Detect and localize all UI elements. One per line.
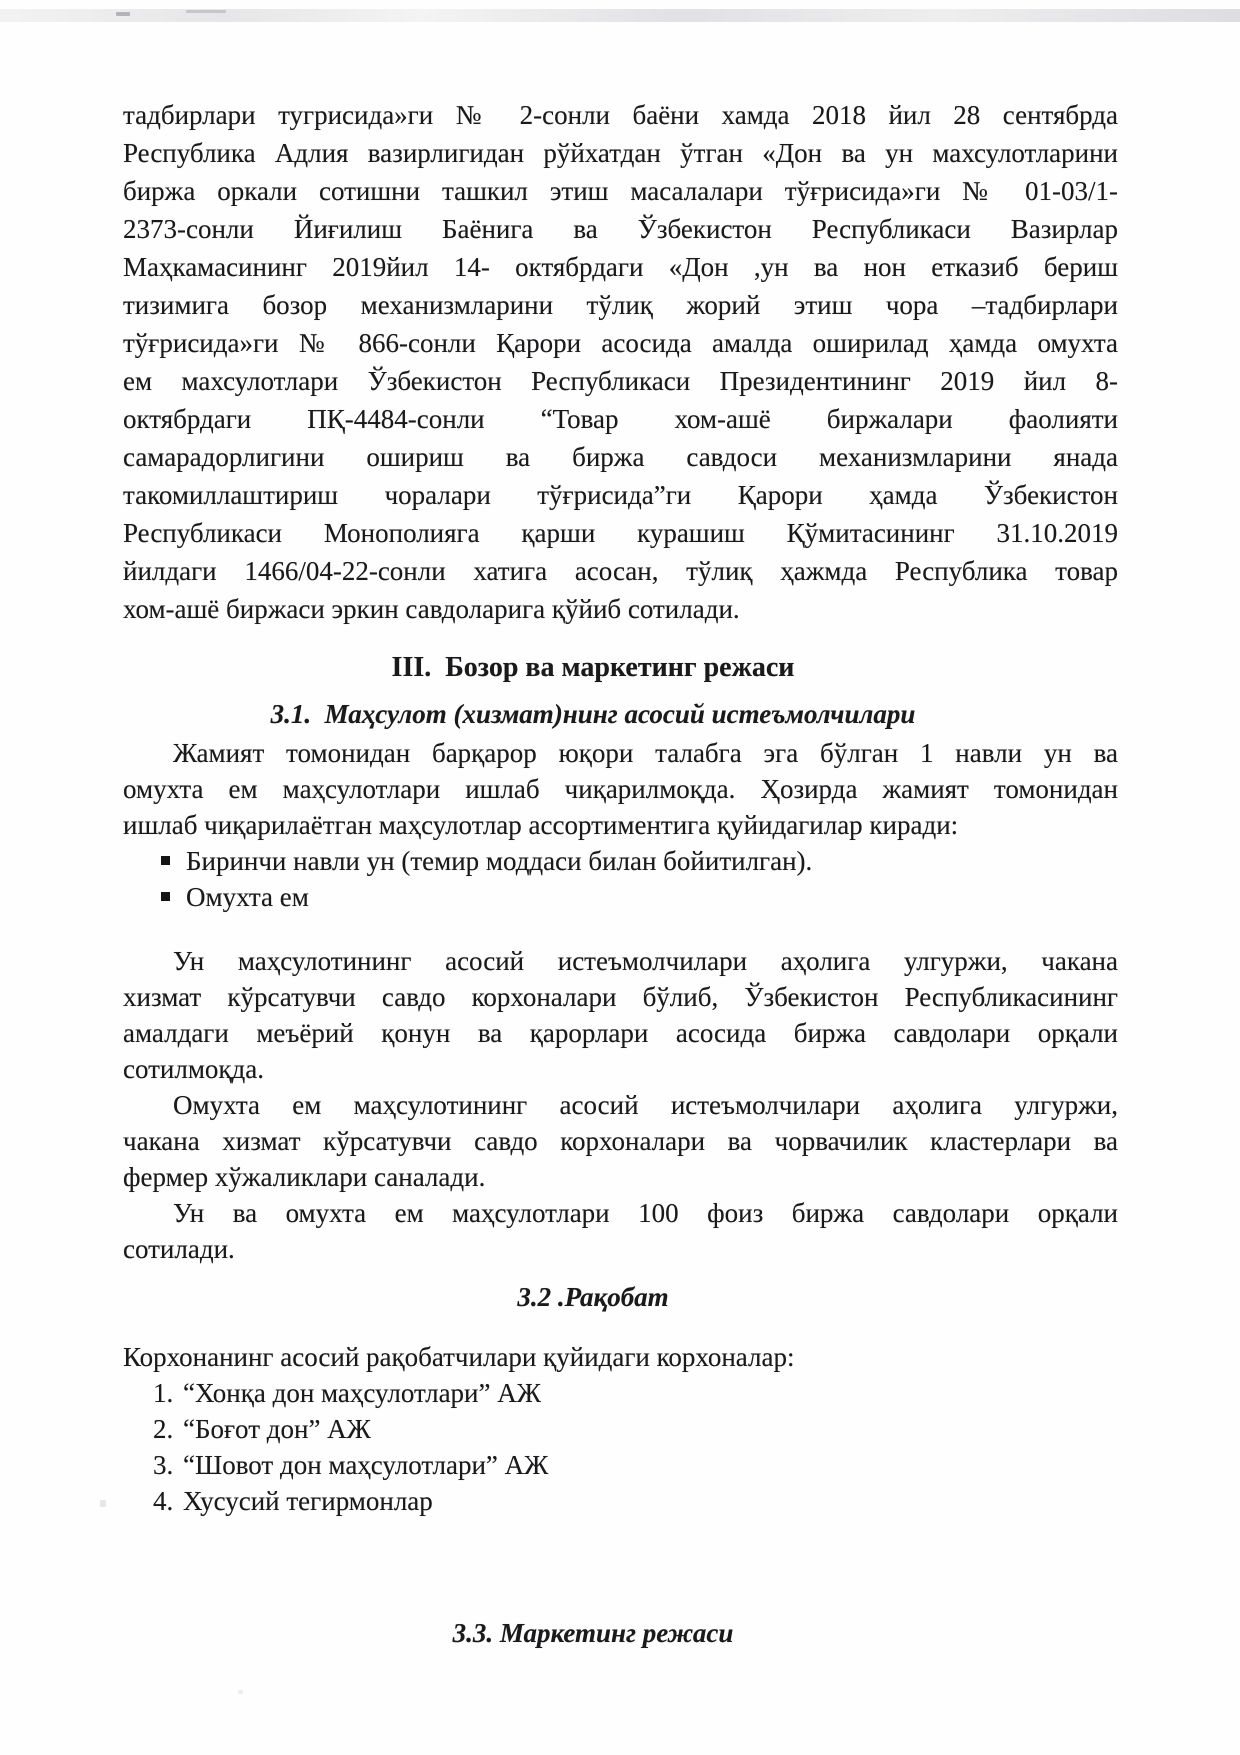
product-list: Биринчи навли ун (темир моддаси билан бо…	[123, 843, 1118, 915]
text-line: октябрдаги ПҚ-4484-сонли “Товар хом-ашё …	[123, 400, 1118, 438]
feed-consumers-paragraph: Омухта ем маҳсулотининг асосий истеъмолч…	[123, 1087, 1118, 1195]
flour-consumers-paragraph: Ун маҳсулотининг асосий истеъмолчилари а…	[123, 943, 1118, 1087]
list-item-number: 3.	[153, 1447, 173, 1483]
text-line: Жамият томонидан барқарор юқори талабга …	[123, 735, 1118, 771]
text-line: хизмат кўрсатувчи савдо корхоналари бўли…	[123, 979, 1118, 1015]
text-line: тадбирлари тугрисида»ги № 2-сонли баёни …	[123, 96, 1118, 134]
sales-channel-paragraph: Ун ва омухта ем маҳсулотлари 100 фоиз би…	[123, 1195, 1118, 1267]
list-item-number: 1.	[153, 1375, 173, 1411]
text-line: Омухта ем маҳсулотининг асосий истеъмолч…	[123, 1087, 1118, 1123]
text-line: такомиллаштириш чоралари тўғрисида”ги Қа…	[123, 476, 1118, 514]
text-line: ем махсулотлари Ўзбекистон Республикаси …	[123, 362, 1118, 400]
text-line: Республика Адлия вазирлигидан рўйхатдан …	[123, 134, 1118, 172]
scan-speck	[116, 12, 130, 16]
text-line: сотилмоқда.	[123, 1051, 1118, 1087]
intro-paragraph: тадбирлари тугрисида»ги № 2-сонли баёни …	[123, 96, 1118, 628]
text-line: Маҳкамасининг 2019йил 14- октябрдаги «До…	[123, 248, 1118, 286]
square-bullet-icon	[161, 892, 170, 901]
consumers-paragraph: Жамият томонидан барқарор юқори талабга …	[123, 735, 1118, 843]
competitor-name: Хусусий тегирмонлар	[183, 1486, 433, 1516]
document-body: тадбирлари тугрисида»ги № 2-сонли баёни …	[123, 96, 1118, 1651]
text-line: фермер хўжаликлари саналади.	[123, 1159, 1118, 1195]
text-line: Ун ва омухта ем маҳсулотлари 100 фоиз би…	[123, 1195, 1118, 1231]
list-item-text: Омухта ем	[186, 882, 309, 912]
list-item-text: Биринчи навли ун (темир моддаси билан бо…	[186, 846, 812, 876]
text-line: 2373-сонли Йиғилиш Баёнига ва Ўзбекистон…	[123, 210, 1118, 248]
text-line: Республикаси Монополияга қарши курашиш Қ…	[123, 514, 1118, 552]
section-3-2-heading: 3.2 .Рақобат	[123, 1279, 1063, 1315]
list-item: Биринчи навли ун (темир моддаси билан бо…	[123, 843, 1118, 879]
text-line: сотилади.	[123, 1231, 1118, 1267]
list-item: 1. “Хонқа дон маҳсулотлари” АЖ	[123, 1375, 1118, 1411]
text-line: биржа оркали сотишни ташкил этиш масалал…	[123, 172, 1118, 210]
scan-speck	[100, 1500, 106, 1507]
scan-speck	[186, 10, 226, 13]
text-line: йилдаги 1466/04-22-сонли хатига асосан, …	[123, 552, 1118, 590]
text-line: чакана хизмат кўрсатувчи савдо корхонала…	[123, 1123, 1118, 1159]
text-line: хом-ашё биржаси эркин савдоларига қўйиб …	[123, 590, 1118, 628]
competitor-list: 1. “Хонқа дон маҳсулотлари” АЖ 2. “Боғот…	[123, 1375, 1118, 1519]
competitor-name: “Хонқа дон маҳсулотлари” АЖ	[183, 1378, 541, 1408]
list-item: 3. “Шовот дон маҳсулотлари” АЖ	[123, 1447, 1118, 1483]
list-item-number: 2.	[153, 1411, 173, 1447]
text-line: амалдаги меъёрий қонун ва қарорлари асос…	[123, 1015, 1118, 1051]
text-line: тизимига бозор механизмларини тўлиқ жори…	[123, 286, 1118, 324]
list-item: 4. Хусусий тегирмонлар	[123, 1483, 1118, 1519]
list-item: Омухта ем	[123, 879, 1118, 915]
scan-speck	[238, 1690, 243, 1694]
text-line: тўғрисида»ги № 866-сонли Қарори асосида …	[123, 324, 1118, 362]
square-bullet-icon	[161, 856, 170, 865]
competitor-name: “Шовот дон маҳсулотлари” АЖ	[183, 1450, 548, 1480]
section-3-1-heading: 3.1. Маҳсулот (хизмат)нинг асосий истеъм…	[123, 696, 1063, 732]
list-item: 2. “Боғот дон” АЖ	[123, 1411, 1118, 1447]
competitor-name: “Боғот дон” АЖ	[183, 1414, 371, 1444]
scanned-document-page: тадбирлари тугрисида»ги № 2-сонли баёни …	[0, 0, 1240, 1755]
text-line: Ун маҳсулотининг асосий истеъмолчилари а…	[123, 943, 1118, 979]
competitors-intro-line: Корхонанинг асосий рақобатчилари қуйидаг…	[123, 1339, 1118, 1375]
section-3-heading: III. Бозор ва маркетинг режаси	[123, 650, 1063, 686]
list-item-number: 4.	[153, 1483, 173, 1519]
text-line: самарадорлигини ошириш ва биржа савдоси …	[123, 438, 1118, 476]
section-3-3-heading: 3.3. Маркетинг режаси	[123, 1615, 1063, 1651]
text-line: ишлаб чиқарилаётган маҳсулотлар ассортим…	[123, 807, 1118, 843]
text-line: омухта ем маҳсулотлари ишлаб чиқарилмоқд…	[123, 771, 1118, 807]
